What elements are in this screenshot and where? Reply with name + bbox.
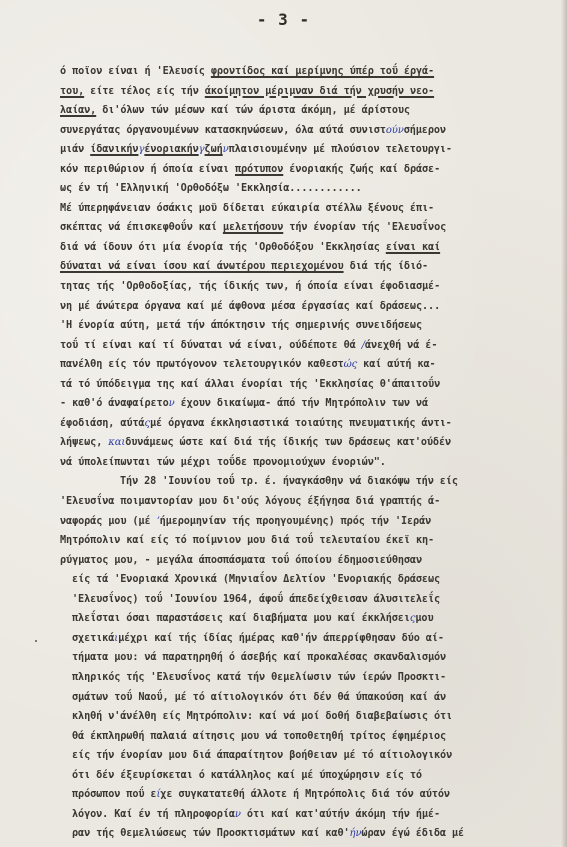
text-segment: ναφοράς μου (μέ (60, 516, 157, 527)
text-line: ρύγματος μου, - μεγάλα άποσπάσματα τοΰ ό… (60, 551, 560, 571)
handwritten-correction: ήν (350, 828, 362, 839)
text-segment: είς τά 'Ενοριακά Χρονικά (Μηνιαΐον Δελτί… (72, 574, 440, 585)
underlined-text: ίδανικήν (90, 144, 138, 155)
text-segment: ένοριακής ζωής καί δράσε- (283, 164, 440, 175)
text-line: κόν περιθώριον ή όποία είναι πρότυπον έν… (60, 160, 560, 180)
text-segment: διά τής ίδιό- (344, 261, 428, 272)
text-segment: ότι δέν έξευρίσκεται ό κατάλληλος καί μέ… (72, 770, 422, 781)
text-line: λαίαν, δι'όλων τών μέσων καί τών άριστα … (60, 101, 560, 121)
handwritten-correction: ούν (386, 125, 404, 136)
text-segment: λόγον. Καί έν τή πληροφορία (72, 809, 235, 820)
text-line: τά τό ύπόδειγμα της καί άλλαι ένορίαι τή… (60, 375, 560, 395)
text-segment: 'Η ένορία αύτη, μετά τήν άπόκτησιν τής σ… (60, 320, 422, 331)
text-segment: νη μέ άνώτερα όργανα καί μέ άφθονα μέσα … (60, 301, 440, 312)
text-segment: πλαισιουμένην μέ πλούσιον τελετουργι- (229, 144, 452, 155)
text-line: λόγον. Καί έν τή πληροφορίαν ότι καί κατ… (60, 805, 560, 825)
document-page: - 3 - ό ποϊον είναι ή 'Ελευσίς φροντίδος… (0, 0, 567, 847)
text-segment: τοΰ τί είναι καί τί δύναται νά είναι, ού… (60, 340, 362, 351)
text-segment: ήμερομηνίαν τής προηγουμένης) πρός τήν '… (160, 516, 432, 527)
text-line: είς τά 'Ενοριακά Χρονικά (Μηνιαΐον Δελτί… (60, 570, 560, 590)
underlined-text: είναι καί (386, 242, 440, 253)
text-segment: δυνάμεως ώστε καί διά τής ίδικής των δρά… (125, 437, 451, 448)
text-line: πρόσωπον ποΰ είχε συγκατατεθή άλλοτε ή Μ… (60, 785, 560, 805)
text-line: θά έκπληρωθή παλαιά αίτησις μου νά τοποθ… (60, 727, 560, 747)
text-line: νη μέ άνώτερα όργανα καί μέ άφθονα μέσα … (60, 297, 560, 317)
text-segment: νά ύπολείπωνται τών μέχρι τοΰδε προνομιο… (60, 457, 386, 468)
text-segment: μέχρι καί τής ίδίας ήμέρας καθ'ήν άπερρί… (118, 633, 444, 644)
text-segment: ρύγματος μου, - μεγάλα άποσπάσματα τοΰ ό… (60, 555, 422, 566)
text-segment: τά τό ύπόδειγμα της καί άλλαι ένορίαι τή… (60, 379, 440, 390)
text-line: ναφοράς μου (μέ ʼήμερομηνίαν τής προηγου… (60, 512, 560, 532)
text-segment: 'Ελευσΐνα ποιμαντορίαν μου δι'ούς λόγους… (60, 496, 440, 507)
underlined-text: πρότυπον (235, 164, 283, 175)
text-segment: ώραν έγώ έδιδα μέ (361, 828, 464, 839)
handwritten-correction: και (108, 437, 125, 448)
text-segment: Μητρόπολιν καί είς τό ποίμνιον μου διά τ… (60, 535, 434, 546)
text-segment: πανέλθη είς τόν πρωτόγονον τελετουργικόν… (60, 359, 344, 370)
text-line: σμάτων τοΰ Ναοΰ, μέ τό αίτιολογικόν ότι … (60, 688, 560, 708)
text-segment: έχουν δικαίωμα- άπό τήν Μητρόπολιν των ν… (175, 398, 428, 409)
text-line: διά νά ίδουν ότι μία ένορία τής 'Ορθοδόξ… (60, 238, 560, 258)
text-segment: κληθή ν'άνέλθη είς Μητρόπολιν: καί νά μο… (72, 711, 452, 722)
text-segment: άνεχθή νά έ- (365, 340, 437, 351)
text-segment: σκέπτας νά έπισκεφθοΰν καί (60, 222, 223, 233)
text-line: του, είτε τέλος είς τήν άκοίμητον μέριμν… (60, 82, 560, 102)
text-line: ό ποϊον είναι ή 'Ελευσίς φροντίδος καί μ… (60, 62, 560, 82)
text-segment: σήμερον (404, 125, 446, 136)
text-line: πληρικός τής 'Ελευσΐνος κατά τήν θεμελίω… (60, 668, 560, 688)
text-line: νά ύπολείπωνται τών μέχρι τοΰδε προνομιο… (60, 453, 560, 473)
text-segment: τήν ένορίαν τής 'Ελευσΐνος (283, 222, 446, 233)
text-line: τοΰ τί είναι καί τί δύναται νά είναι, ού… (60, 336, 560, 356)
text-line: Τήν 28 'Ιουνίου τοΰ τρ. έ. ήναγκάσθην νά… (60, 472, 560, 492)
text-segment: Τήν 28 'Ιουνίου τοΰ τρ. έ. ήναγκάσθην νά… (120, 476, 458, 487)
text-line: Μητρόπολιν καί είς τό ποίμνιον μου διά τ… (60, 531, 560, 551)
text-line: 'Ελευσΐνα ποιμαντορίαν μου δι'ούς λόγους… (60, 492, 560, 512)
underlined-text: του, (60, 86, 84, 97)
text-segment: έφοδιάση, αύτά (60, 418, 144, 429)
text-segment: ως έν τή 'Ελληνική 'Ορθοδόξω 'Εκκλησία..… (60, 183, 362, 194)
text-segment: πρόσωπον ποΰ ε (72, 789, 156, 800)
text-segment: ραν τής θεμελιώσεως τών Προσκτισμάτων κα… (72, 828, 350, 839)
text-line: μιάν ίδανικήνγένοριακήνγζωήνπλαισιουμένη… (60, 140, 560, 160)
text-line: κληθή ν'άνέλθη είς Μητρόπολιν: καί νά μο… (60, 707, 560, 727)
text-segment: πληρικός τής 'Ελευσΐνος κατά τήν θεμελίω… (72, 672, 446, 683)
text-segment: - καθ'ό άναφαίρετο (60, 398, 169, 409)
text-segment: ό ποϊον είναι ή 'Ελευσίς (60, 66, 211, 77)
margin-dot (35, 640, 37, 642)
text-line: σκέπτας νά έπισκεφθοΰν καί μελετήσουν τή… (60, 218, 560, 238)
text-line: πανέλθη είς τόν πρωτόγονον τελετουργικόν… (60, 355, 560, 375)
underlined-text: φροντίδος καί μερίμνης ύπέρ τοΰ έργά- (211, 66, 434, 77)
text-segment: μιάν (60, 144, 90, 155)
underlined-text: μελετήσουν (223, 222, 283, 233)
typewritten-body: ό ποϊον είναι ή 'Ελευσίς φροντίδος καί μ… (60, 62, 560, 844)
text-segment: χε συγκατατεθή άλλοτε ή Μητρόπολις διά τ… (160, 789, 450, 800)
text-segment: Μέ ύπερηφάνειαν όσάκις μοϋ δίδεται εύκαι… (60, 203, 434, 214)
text-segment: κόν περιθώριον ή όποία είναι (60, 164, 235, 175)
text-segment: καί αύτή κα- (357, 359, 435, 370)
text-segment: δι'όλων τών μέσων καί τών άριστα άκόμη, … (96, 105, 410, 116)
text-segment: διά νά ίδουν ότι μία ένορία τής 'Ορθοδόξ… (60, 242, 386, 253)
underlined-text: άκοίμητον μέριμναν διά τήν χρυσήν νεο- (205, 86, 434, 97)
page-edge-shadow (561, 0, 567, 847)
text-segment: 'Ελευσΐνος) τοΰ 'Ιουνίου 1964, άφοΰ άπεδ… (72, 594, 440, 605)
text-segment: λήψεως, (60, 437, 108, 448)
text-segment: μέ όργανα έκκλησιαστικά τοιαύτης πνευματ… (150, 418, 452, 429)
underlined-text: ζωή (205, 144, 223, 155)
text-line: ραν τής θεμελιώσεως τών Προσκτισμάτων κα… (60, 824, 560, 844)
page-number: - 3 - (0, 10, 567, 29)
text-segment: τητας τής 'Ορθοδοξίας, τής ίδικής των, ή… (60, 281, 440, 292)
text-line: Μέ ύπερηφάνειαν όσάκις μοϋ δίδεται εύκαι… (60, 199, 560, 219)
underlined-text: λαίαν, (60, 105, 96, 116)
text-line: - καθ'ό άναφαίρετον έχουν δικαίωμα- άπό … (60, 394, 560, 414)
text-line: δύναται νά είναι ίσου καί άνωτέρου περιε… (60, 257, 560, 277)
text-line: ότι δέν έξευρίσκεται ό κατάλληλος καί μέ… (60, 766, 560, 786)
text-segment: είτε τέλος είς τήν (84, 86, 205, 97)
text-line: είς τήν ένορίαν μου διά άπαραίτητον βοήθ… (60, 746, 560, 766)
text-segment: είς τήν ένορίαν μου διά άπαραίτητον βοήθ… (72, 750, 452, 761)
text-segment: πλεΐσται όσαι παραστάσεις καί διαβήματα … (72, 613, 410, 624)
underlined-text: δύναται νά είναι ίσου καί άνωτέρου περιε… (60, 261, 344, 272)
text-line: 'Ελευσΐνος) τοΰ 'Ιουνίου 1964, άφοΰ άπεδ… (60, 590, 560, 610)
text-line: λήψεως, καιδυνάμεως ώστε καί διά τής ίδι… (60, 433, 560, 453)
text-line: σχετικάιμέχρι καί τής ίδίας ήμέρας καθ'ή… (60, 629, 560, 649)
text-segment: σμάτων τοΰ Ναοΰ, μέ τό αίτιολογικόν ότι … (72, 692, 446, 703)
text-line: συνεργάτας όργανουμένων κατασκηνώσεων, ό… (60, 121, 560, 141)
text-line: ως έν τή 'Ελληνική 'Ορθοδόξω 'Εκκλησία..… (60, 179, 560, 199)
text-segment: ότι καί κατ'αύτήν άκόμη τήν ήμέ- (241, 809, 440, 820)
text-segment: συνεργάτας όργανουμένων κατασκηνώσεων, ό… (60, 125, 386, 136)
text-segment: θά έκπληρωθή παλαιά αίτησις μου νά τοποθ… (72, 731, 446, 742)
text-line: τητας τής 'Ορθοδοξίας, τής ίδικής των, ή… (60, 277, 560, 297)
text-segment: μου (415, 613, 433, 624)
text-segment: τήματα μου: νά παρατηρηθή ό άσεβής καί π… (72, 652, 446, 663)
underlined-text: ένοριακήν (144, 144, 198, 155)
text-line: έφοδιάση, αύτάςμέ όργανα έκκλησιαστικά τ… (60, 414, 560, 434)
text-segment: σχετικά (72, 633, 114, 644)
text-line: πλεΐσται όσαι παραστάσεις καί διαβήματα … (60, 609, 560, 629)
text-line: 'Η ένορία αύτη, μετά τήν άπόκτησιν τής σ… (60, 316, 560, 336)
text-line: τήματα μου: νά παρατηρηθή ό άσεβής καί π… (60, 648, 560, 668)
handwritten-correction: ώς (344, 359, 358, 370)
